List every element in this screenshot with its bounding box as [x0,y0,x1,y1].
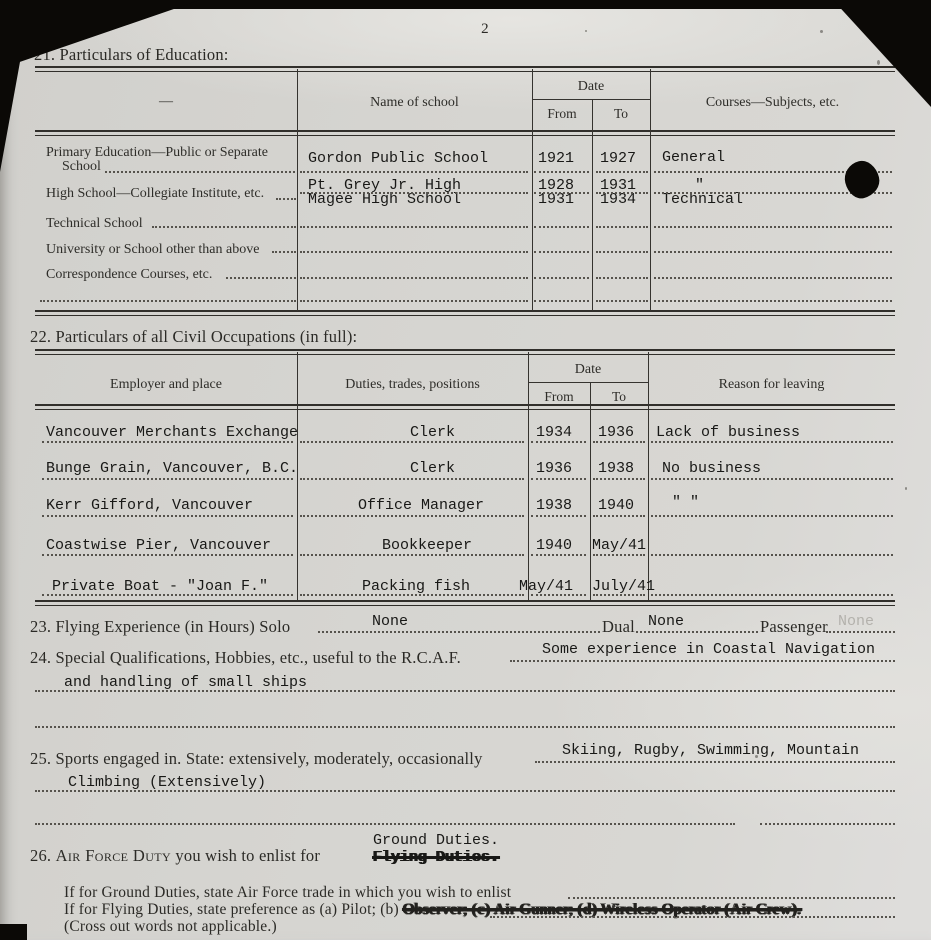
dotted-leader [534,192,589,194]
dotted-leader [531,554,586,556]
dotted-leader [300,594,524,596]
occ-table-bottom-rule [35,600,895,606]
dotted-leader [593,478,645,480]
dotted-leader [534,171,589,173]
occ-row-duties: Clerk [410,424,455,441]
edu-label-university: University or School other than above [46,242,259,258]
q24-value-line2: and handling of small ships [64,674,307,691]
q23-passenger-value: None [838,613,874,630]
occ-row-to: July/41 [592,578,655,595]
dotted-leader [596,226,648,228]
scan-speck [585,30,587,32]
dotted-leader [593,515,645,517]
edu-entry-primary-school: Gordon Public School [308,150,488,167]
page-number: 2 [460,21,510,38]
occ-row-to: 1940 [598,497,634,514]
occ-row-employer: Kerr Gifford, Vancouver [46,497,253,514]
occ-row-duties: Packing fish [362,578,470,595]
q26-flying-prefix: If for Flying Duties, state preference a… [64,901,403,918]
occ-row-to: 1936 [598,424,634,441]
dotted-leader [300,300,528,302]
scan-corner-bottom-left [0,924,27,940]
occ-row-from: 1938 [536,497,572,514]
dotted-leader [596,277,648,279]
dotted-leader [568,897,895,899]
edu-entry-primary-from: 1921 [538,150,574,167]
scan-speck [820,30,823,33]
dotted-leader [531,594,586,596]
q26-label-smallcaps: Air Force Duty [56,846,172,865]
occ-row-employer: Vancouver Merchants Exchange [46,424,298,441]
dotted-leader [42,594,293,596]
occ-date-subrule [528,382,648,383]
q23-dual-value: None [648,613,684,630]
dotted-leader [534,251,589,253]
edu-header-to: To [592,106,650,122]
occ-header-date: Date [528,362,648,378]
occ-row-employer: Bunge Grain, Vancouver, B.C. [46,460,298,477]
scan-speck [877,60,880,65]
dotted-leader [760,823,895,825]
dotted-leader [35,690,895,692]
occ-row-duties: Office Manager [358,497,484,514]
occ-row-to: 1938 [598,460,634,477]
dotted-leader [35,790,895,792]
occ-row-reason-ditto: " " [672,494,699,511]
q26-label-rest: you wish to enlist for [171,846,320,865]
dotted-leader [826,631,895,633]
occ-header-duties: Duties, trades, positions [297,377,528,393]
dotted-leader [276,198,296,200]
dotted-leader [42,554,293,556]
q23-dual-label: Dual [602,617,635,637]
scanned-form-page: 2 21. Particulars of Education: — Name o… [0,0,931,940]
dotted-leader [593,554,645,556]
q23-label: 23. Flying Experience (in Hours) Solo [30,617,290,637]
dotted-leader [535,761,895,763]
edu-header-from: From [532,106,592,122]
dotted-leader [531,441,586,443]
dotted-leader [300,277,528,279]
dotted-leader [654,300,892,302]
dotted-leader [534,277,589,279]
scan-speck [905,487,907,490]
occ-row-reason: No business [662,460,761,477]
q23-passenger-label: Passenger [760,617,828,637]
edu-date-subrule [532,99,650,100]
dotted-leader [300,478,524,480]
occ-header-to: To [590,389,648,405]
dotted-leader [42,478,293,480]
edu-header-date: Date [532,79,650,95]
occ-header-rule [35,404,895,410]
dotted-leader [654,277,892,279]
section-21-heading: 21. Particulars of Education: [34,45,229,65]
edu-label-primary-line2: School [62,159,101,175]
edu-entry-primary-to: 1927 [600,150,636,167]
dotted-leader [651,554,893,556]
dotted-leader [596,300,648,302]
dotted-leader [651,478,893,480]
dotted-leader [300,441,524,443]
edu-label-correspondence: Correspondence Courses, etc. [46,267,212,283]
dotted-leader [534,300,589,302]
q26-label: 26. Air Force Duty you wish to enlist fo… [30,846,320,866]
dotted-leader [152,226,296,228]
dotted-leader [654,251,892,253]
q25-value-line2: Climbing (Extensively) [68,774,266,791]
dotted-leader [510,660,895,662]
q25-label: 25. Sports engaged in. State: extensivel… [30,749,483,769]
occ-row-duties: Bookkeeper [382,537,472,554]
dotted-leader [651,515,893,517]
occ-row-from: May/41 [519,578,573,595]
occ-row-reason: Lack of business [656,424,800,441]
dotted-leader [593,441,645,443]
dotted-leader [226,277,296,279]
occ-fromto-divider [590,383,591,600]
dotted-leader [596,251,648,253]
dotted-leader [300,515,524,517]
dotted-leader [35,726,895,728]
edu-table-bottom-rule [35,310,895,316]
scan-speck [755,755,758,758]
section-22-heading: 22. Particulars of all Civil Occupations… [30,327,357,347]
dotted-leader [531,515,586,517]
dotted-leader [40,300,296,302]
edu-header-school: Name of school [297,95,532,111]
dotted-leader [318,631,600,633]
occ-row-duties: Clerk [410,460,455,477]
dotted-leader [596,171,648,173]
edu-header-courses: Courses—Subjects, etc. [650,95,895,111]
q26-flying-duties-struck: Flying Duties. [373,849,499,866]
q26-note: (Cross out words not applicable.) [64,918,277,936]
q24-label: 24. Special Qualifications, Hobbies, etc… [30,648,461,668]
occ-row-employer: Coastwise Pier, Vancouver [46,537,271,554]
edu-header-rule [35,130,895,136]
dotted-leader [654,226,892,228]
dotted-leader [272,251,296,253]
q24-value-line1: Some experience in Coastal Navigation [542,641,875,658]
dotted-leader [300,226,528,228]
dotted-leader [300,554,524,556]
q26-ground-line: If for Ground Duties, state Air Force tr… [64,884,511,902]
occ-row-employer: Private Boat - "Joan F." [52,578,268,595]
q25-value-line1: Skiing, Rugby, Swimming, Mountain [562,742,859,759]
edu-label-technical: Technical School [46,216,143,232]
occ-header-from: From [528,389,590,405]
dotted-leader [105,171,295,173]
occ-row-from: 1936 [536,460,572,477]
dotted-leader [651,594,893,596]
dotted-leader [636,631,758,633]
edu-table-top-rule [35,66,895,72]
dotted-leader [42,515,293,517]
q23-solo-value: None [372,613,408,630]
dotted-leader [35,823,735,825]
occ-header-employer: Employer and place [35,377,297,393]
edu-label-high: High School—Collegiate Institute, etc. [46,186,264,202]
occ-table-top-rule [35,349,895,355]
dotted-leader [300,251,528,253]
dotted-leader [300,171,528,173]
dotted-leader [534,226,589,228]
dotted-leader [593,594,645,596]
q26-number: 26. [30,846,51,865]
edu-header-dash: — [120,94,212,110]
dotted-leader [300,192,528,194]
edu-fromto-divider [592,100,593,311]
occ-row-from: 1940 [536,537,572,554]
dotted-leader [596,192,648,194]
q26-ground-duties-value: Ground Duties. [373,832,499,849]
edu-entry-primary-courses: General [662,149,725,166]
dotted-leader [531,478,586,480]
occ-row-to: May/41 [592,537,646,554]
dotted-leader [490,916,895,918]
occ-row-from: 1934 [536,424,572,441]
dotted-leader [651,441,893,443]
dotted-leader [42,441,293,443]
occ-header-reason: Reason for leaving [648,377,895,393]
